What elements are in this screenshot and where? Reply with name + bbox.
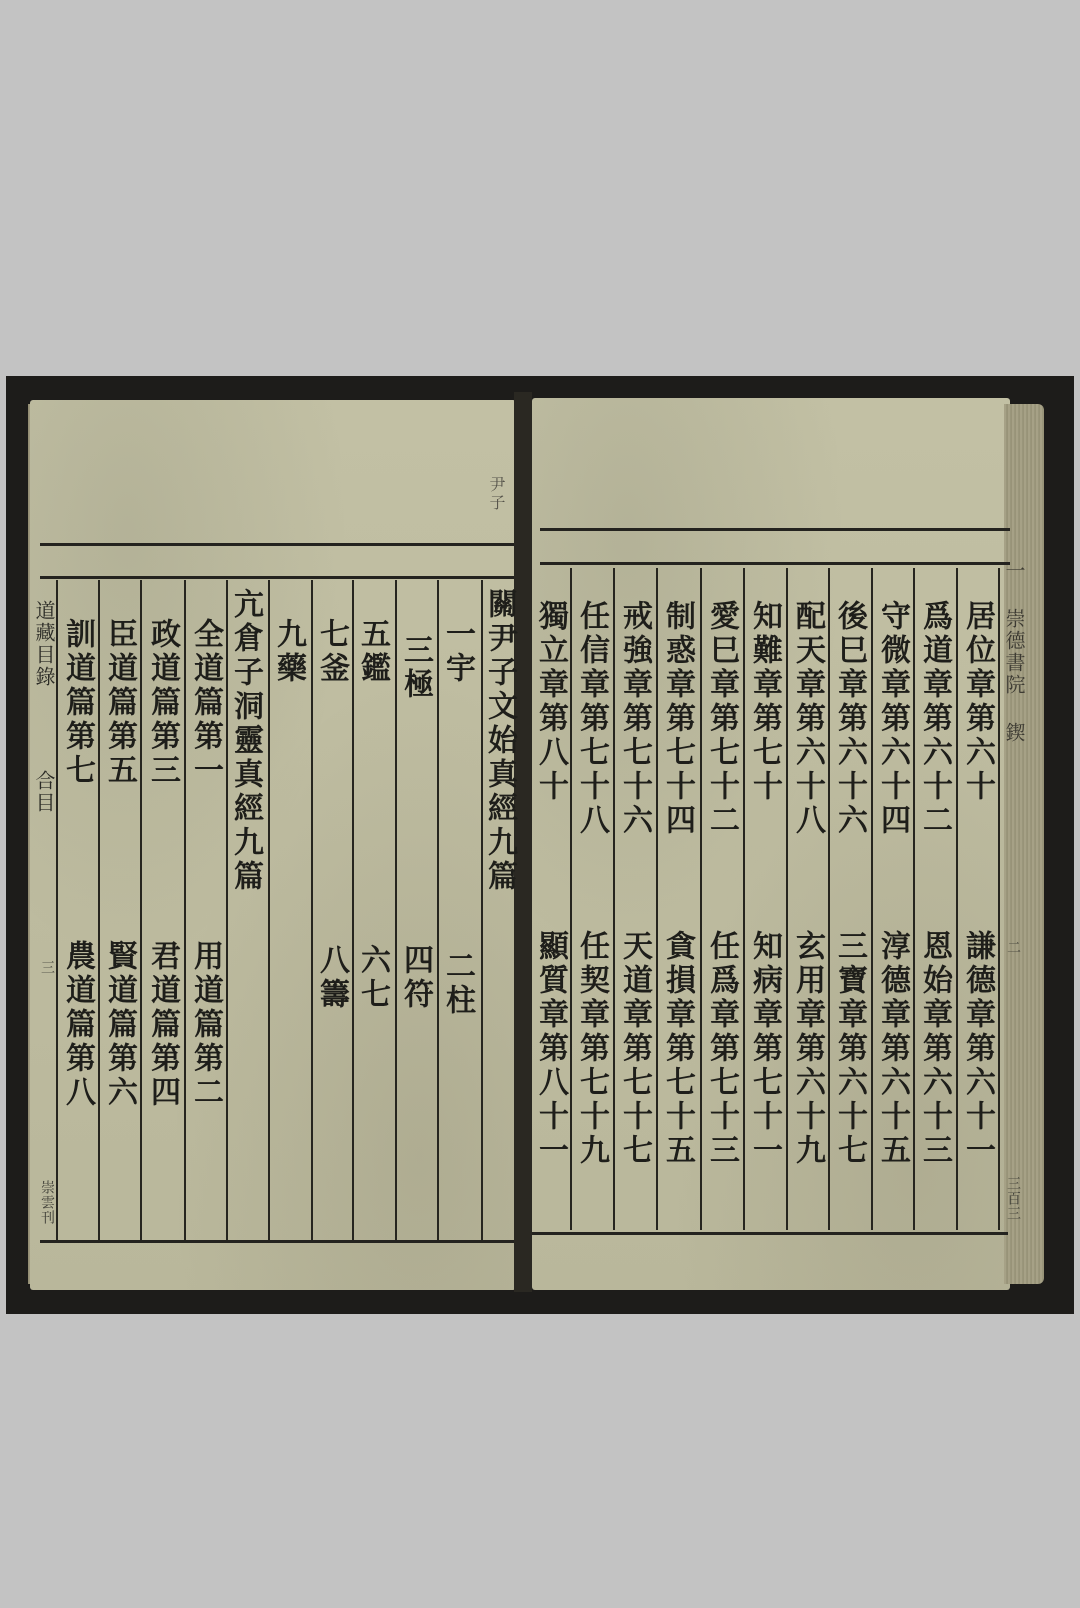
- right-top-rule-inner: [540, 562, 1010, 565]
- column-rule: [56, 580, 58, 1240]
- left-bottom-rule: [40, 1240, 514, 1243]
- toc-item: 謙德章第六十一: [962, 930, 992, 1168]
- toc-item: 一宇: [442, 618, 472, 686]
- toc-item: 後巳章第六十六: [834, 600, 864, 838]
- toc-item: 貪損章第七十五: [662, 930, 692, 1168]
- toc-item: 八籌: [316, 944, 346, 1012]
- toc-item: 五鑑: [357, 618, 387, 686]
- left-page: [30, 400, 516, 1290]
- column-rule: [98, 580, 100, 1240]
- toc-item: 知病章第七十一: [749, 930, 779, 1168]
- column-rule: [352, 580, 354, 1240]
- toc-item: 爲道章第六十二: [919, 600, 949, 838]
- margin-title: 道藏目錄: [34, 600, 54, 688]
- toc-item: 任契章第七十九: [576, 930, 606, 1168]
- column-rule: [998, 568, 1000, 1230]
- toc-item: 天道章第七十七: [619, 930, 649, 1168]
- left-top-rule-outer: [40, 543, 514, 546]
- margin-label: 一 崇德書院 鍥: [1004, 560, 1024, 744]
- toc-item: 愛巳章第七十二: [706, 600, 736, 838]
- column-rule: [656, 568, 658, 1230]
- column-rule: [956, 568, 958, 1230]
- column-rule: [871, 568, 873, 1230]
- toc-item: 用道篇第二: [190, 940, 220, 1110]
- toc-item: 淳德章第六十五: [877, 930, 907, 1168]
- toc-item: 全道篇第一: [190, 618, 220, 788]
- toc-item: 居位章第六十: [962, 600, 992, 804]
- column-rule: [613, 568, 615, 1230]
- toc-item: 任信章第七十八: [576, 600, 606, 838]
- column-rule: [268, 580, 270, 1240]
- toc-item: 臣道篇第五: [104, 618, 134, 788]
- margin-bottom-mark: 崇雲刊: [40, 1180, 54, 1225]
- toc-item: 守微章第六十四: [877, 600, 907, 838]
- column-rule: [828, 568, 830, 1230]
- column-rule: [184, 580, 186, 1240]
- column-rule: [700, 568, 702, 1230]
- right-top-rule-outer: [540, 528, 1010, 531]
- heading-guanyinzi: 關尹子文始真經九篇: [484, 588, 514, 894]
- margin-page-number: 二: [1006, 940, 1020, 955]
- toc-item: 四符: [400, 944, 430, 1012]
- toc-item: 玄用章第六十九: [792, 930, 822, 1168]
- toc-item: 六七: [357, 944, 387, 1012]
- toc-item: 知難章第七十: [749, 600, 779, 804]
- toc-item: 君道篇第四: [147, 940, 177, 1110]
- margin-section: 合目: [34, 770, 54, 814]
- toc-item: 九藥: [273, 618, 303, 686]
- toc-item: 農道篇第八: [62, 940, 92, 1110]
- column-rule: [570, 568, 572, 1230]
- right-page-edge: [1004, 404, 1044, 1284]
- column-rule: [786, 568, 788, 1230]
- top-annotation: 尹子: [488, 476, 504, 512]
- toc-item: 賢道篇第六: [104, 940, 134, 1110]
- toc-item: 七釜: [316, 618, 346, 686]
- toc-item: 獨立章第八十: [535, 600, 565, 804]
- column-rule: [437, 580, 439, 1240]
- column-rule: [311, 580, 313, 1240]
- margin-page-number: 三: [40, 960, 54, 975]
- toc-item: 二柱: [442, 950, 472, 1018]
- toc-item: 政道篇第三: [147, 618, 177, 788]
- toc-item: 任爲章第七十三: [706, 930, 736, 1168]
- toc-item: 恩始章第六十三: [919, 930, 949, 1168]
- toc-item: 顯質章第八十一: [535, 930, 565, 1168]
- column-rule: [140, 580, 142, 1240]
- column-rule: [913, 568, 915, 1230]
- toc-item: 戒強章第七十六: [619, 600, 649, 838]
- toc-item: 制惑章第七十四: [662, 600, 692, 838]
- toc-item: 三寶章第六十七: [834, 930, 864, 1168]
- margin-bottom-mark: 三百三: [1006, 1176, 1020, 1221]
- toc-item: 訓道篇第七: [62, 618, 92, 788]
- column-rule: [395, 580, 397, 1240]
- toc-item: 配天章第六十八: [792, 600, 822, 838]
- heading-kangcangzi: 亢倉子洞靈真經九篇: [230, 588, 260, 894]
- right-bottom-rule: [532, 1232, 1008, 1235]
- column-rule: [743, 568, 745, 1230]
- toc-item: 三極: [400, 634, 430, 702]
- left-top-rule-inner: [40, 576, 514, 579]
